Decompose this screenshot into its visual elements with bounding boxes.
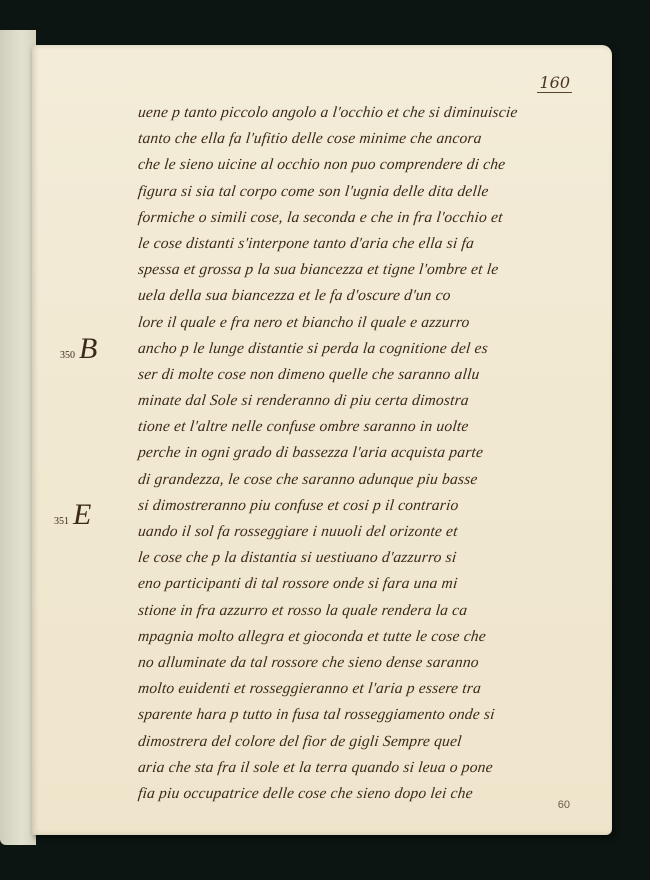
text-line: che le sieno uicine al occhio non puo co…	[137, 152, 580, 178]
text-line: aria che sta fra il sole et la terra qua…	[137, 755, 580, 781]
text-line: tanto che ella fa l'ufitio delle cose mi…	[137, 126, 580, 152]
text-line: spessa et grossa p la sua biancezza et t…	[137, 257, 580, 283]
text-line: sparente hara p tutto in fusa tal rosseg…	[137, 702, 580, 728]
text-line: uando il sol fa rosseggiare i nuuoli del…	[137, 519, 580, 545]
text-line: eno participanti di tal rossore onde si …	[137, 571, 580, 597]
text-line: di grandezza, le cose che saranno adunqu…	[137, 467, 580, 493]
text-line: no alluminate da tal rossore che sieno d…	[137, 650, 580, 676]
folio-number: 160	[537, 73, 572, 93]
text-line: ancho p le lunge distantie si perda la c…	[137, 336, 580, 362]
text-line: fia piu occupatrice delle cose che sieno…	[137, 781, 580, 807]
stamped-page-number: 60	[558, 799, 570, 811]
text-line: stione in fra azzurro et rosso la quale …	[137, 598, 580, 624]
margin-note-number: 351	[54, 516, 69, 527]
text-line: le cose che p la distantia si uestiuano …	[137, 545, 580, 571]
text-line: si dimostreranno piu confuse et cosi p i…	[137, 493, 580, 519]
text-line: tione et l'altre nelle confuse ombre sar…	[137, 414, 580, 440]
text-line: perche in ogni grado di bassezza l'aria …	[137, 440, 580, 466]
margin-note-letter: E	[73, 498, 91, 531]
text-line: dimostrera del colore del fior de gigli …	[137, 729, 580, 755]
text-line: uene p tanto piccolo angolo a l'occhio e…	[137, 100, 580, 126]
text-line: mpagnia molto allegra et gioconda et tut…	[137, 624, 580, 650]
margin-note-350: 350 B	[60, 332, 97, 366]
manuscript-text: uene p tanto piccolo angolo a l'occhio e…	[138, 100, 578, 807]
manuscript-page: 160 350 B 351 E uene p tanto piccolo ang…	[32, 45, 612, 835]
text-line: molto euidenti et rosseggieranno et l'ar…	[137, 676, 580, 702]
text-line: uela della sua biancezza et le fa d'oscu…	[137, 283, 580, 309]
margin-note-number: 350	[60, 350, 75, 361]
facing-page-edge	[0, 30, 36, 845]
text-line: ser di molte cose non dimeno quelle che …	[137, 362, 580, 388]
text-line: formiche o simili cose, la seconda e che…	[137, 205, 580, 231]
text-line: lore il quale e fra nero et biancho il q…	[137, 310, 580, 336]
margin-note-351: 351 E	[54, 498, 91, 532]
text-line: figura si sia tal corpo come son l'ugnia…	[137, 179, 580, 205]
text-line: minate dal Sole si renderanno di piu cer…	[137, 388, 580, 414]
margin-note-letter: B	[79, 332, 97, 365]
text-line: le cose distanti s'interpone tanto d'ari…	[137, 231, 580, 257]
